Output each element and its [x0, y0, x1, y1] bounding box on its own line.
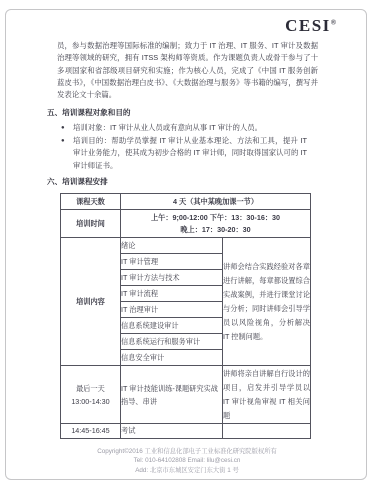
- topic-cell-3: IT 审计流程: [121, 286, 223, 302]
- bullet-item-goal: 培训目的：帮助学员掌握 IT 审计从业基本理论、方法和工具，提升 IT 审计业务…: [61, 135, 307, 172]
- cesi-logo: CESI®: [285, 16, 336, 36]
- intro-paragraph: 员，参与数据治理等国际标准的编制；致力于 IT 治理、IT 服务、IT 审计及数…: [57, 40, 318, 101]
- exam-activity: 考试: [121, 424, 223, 439]
- last-day-note: 讲师将亲自讲解自行设计的项目，启发并引导学员以 IT 审计视角审视 IT 相关问…: [223, 366, 311, 424]
- table-row-topic: 培训内容 绪论 讲师会结合实践经验对各章进行讲解，每章都设置综合实战案例，并进行…: [61, 238, 311, 254]
- exam-note: [223, 424, 311, 439]
- document-page: CESI® 员，参与数据治理等国际标准的编制；致力于 IT 治理、IT 服务、I…: [0, 0, 374, 488]
- table-row-exam: 14:45-16:45 考试: [61, 424, 311, 439]
- training-time-evening: 晚上：17：30-20：30: [121, 224, 310, 236]
- bullet-list: 培训对象：IT 审计从业人员或有意向从事 IT 审计的人员。 培训目的：帮助学员…: [61, 122, 307, 172]
- cesi-logo-text: CESI: [285, 16, 331, 35]
- footer-address: Add: 北京市东城区安定门东大街 1 号: [0, 466, 374, 475]
- table-row-days: 课程天数 4 天（其中某晚加课一节）: [61, 194, 311, 210]
- last-day-name: 最后一天: [61, 382, 120, 395]
- last-day-activity: IT 审计技能训练-课题研究实战指导、串讲: [121, 366, 223, 424]
- topic-cell-0: 绪论: [121, 238, 223, 254]
- registered-trademark-icon: ®: [331, 18, 336, 26]
- topic-cell-5: 信息系统建设审计: [121, 318, 223, 334]
- document-content: 员，参与数据治理等国际标准的编制；致力于 IT 治理、IT 服务、IT 审计及数…: [47, 40, 320, 439]
- training-content-label: 培训内容: [61, 238, 121, 366]
- footer-copyright: Copyright©2016 工业和信息化部电子工业标准化研究院版权所有: [0, 447, 374, 456]
- topic-cell-2: IT 审计方法与技术: [121, 270, 223, 286]
- training-schedule-table: 课程天数 4 天（其中某晚加课一节） 培训时间 上午：9;00-12:00 下午…: [60, 193, 311, 439]
- table-row-time: 培训时间 上午：9;00-12:00 下午：13：30-16：30 晚上：17：…: [61, 210, 311, 238]
- topic-cell-6: 信息系统运行和服务审计: [121, 334, 223, 350]
- instructor-note: 讲师会结合实践经验对各章进行讲解，每章都设置综合实战案例，并进行课堂讨论与分析；…: [223, 238, 311, 366]
- footer-contact: Tel: 010-64102808 Email: lilu@cesi.cn: [0, 456, 374, 465]
- bullet-item-audience: 培训对象：IT 审计从业人员或有意向从事 IT 审计的人员。: [61, 122, 307, 134]
- bullet-item-audience-text: 培训对象：IT 审计从业人员或有意向从事 IT 审计的人员。: [73, 123, 262, 132]
- course-days-label: 课程天数: [61, 194, 121, 210]
- section-six-heading: 六、培训课程安排: [47, 176, 320, 188]
- topic-cell-1: IT 审计管理: [121, 254, 223, 270]
- footer: Copyright©2016 工业和信息化部电子工业标准化研究院版权所有 Tel…: [0, 447, 374, 475]
- exam-time: 14:45-16:45: [61, 424, 121, 439]
- course-days-value: 4 天（其中某晚加课一节）: [121, 194, 311, 210]
- section-five-heading: 五、培训课程对象和目的: [47, 107, 320, 119]
- topic-cell-4: IT 治理审计: [121, 302, 223, 318]
- table-row-last-day: 最后一天 13:00-14:30 IT 审计技能训练-课题研究实战指导、串讲 讲…: [61, 366, 311, 424]
- training-time-day: 上午：9;00-12:00 下午：13：30-16：30: [121, 212, 310, 224]
- bullet-item-goal-text: 培训目的：帮助学员掌握 IT 审计从业基本理论、方法和工具，提升 IT 审计业务…: [73, 136, 307, 170]
- last-day-time: 13:00-14:30: [61, 395, 120, 408]
- training-time-label: 培训时间: [61, 210, 121, 238]
- training-time-value: 上午：9;00-12:00 下午：13：30-16：30 晚上：17：30-20…: [121, 210, 311, 238]
- last-day-label: 最后一天 13:00-14:30: [61, 366, 121, 424]
- topic-cell-7: 信息安全审计: [121, 350, 223, 366]
